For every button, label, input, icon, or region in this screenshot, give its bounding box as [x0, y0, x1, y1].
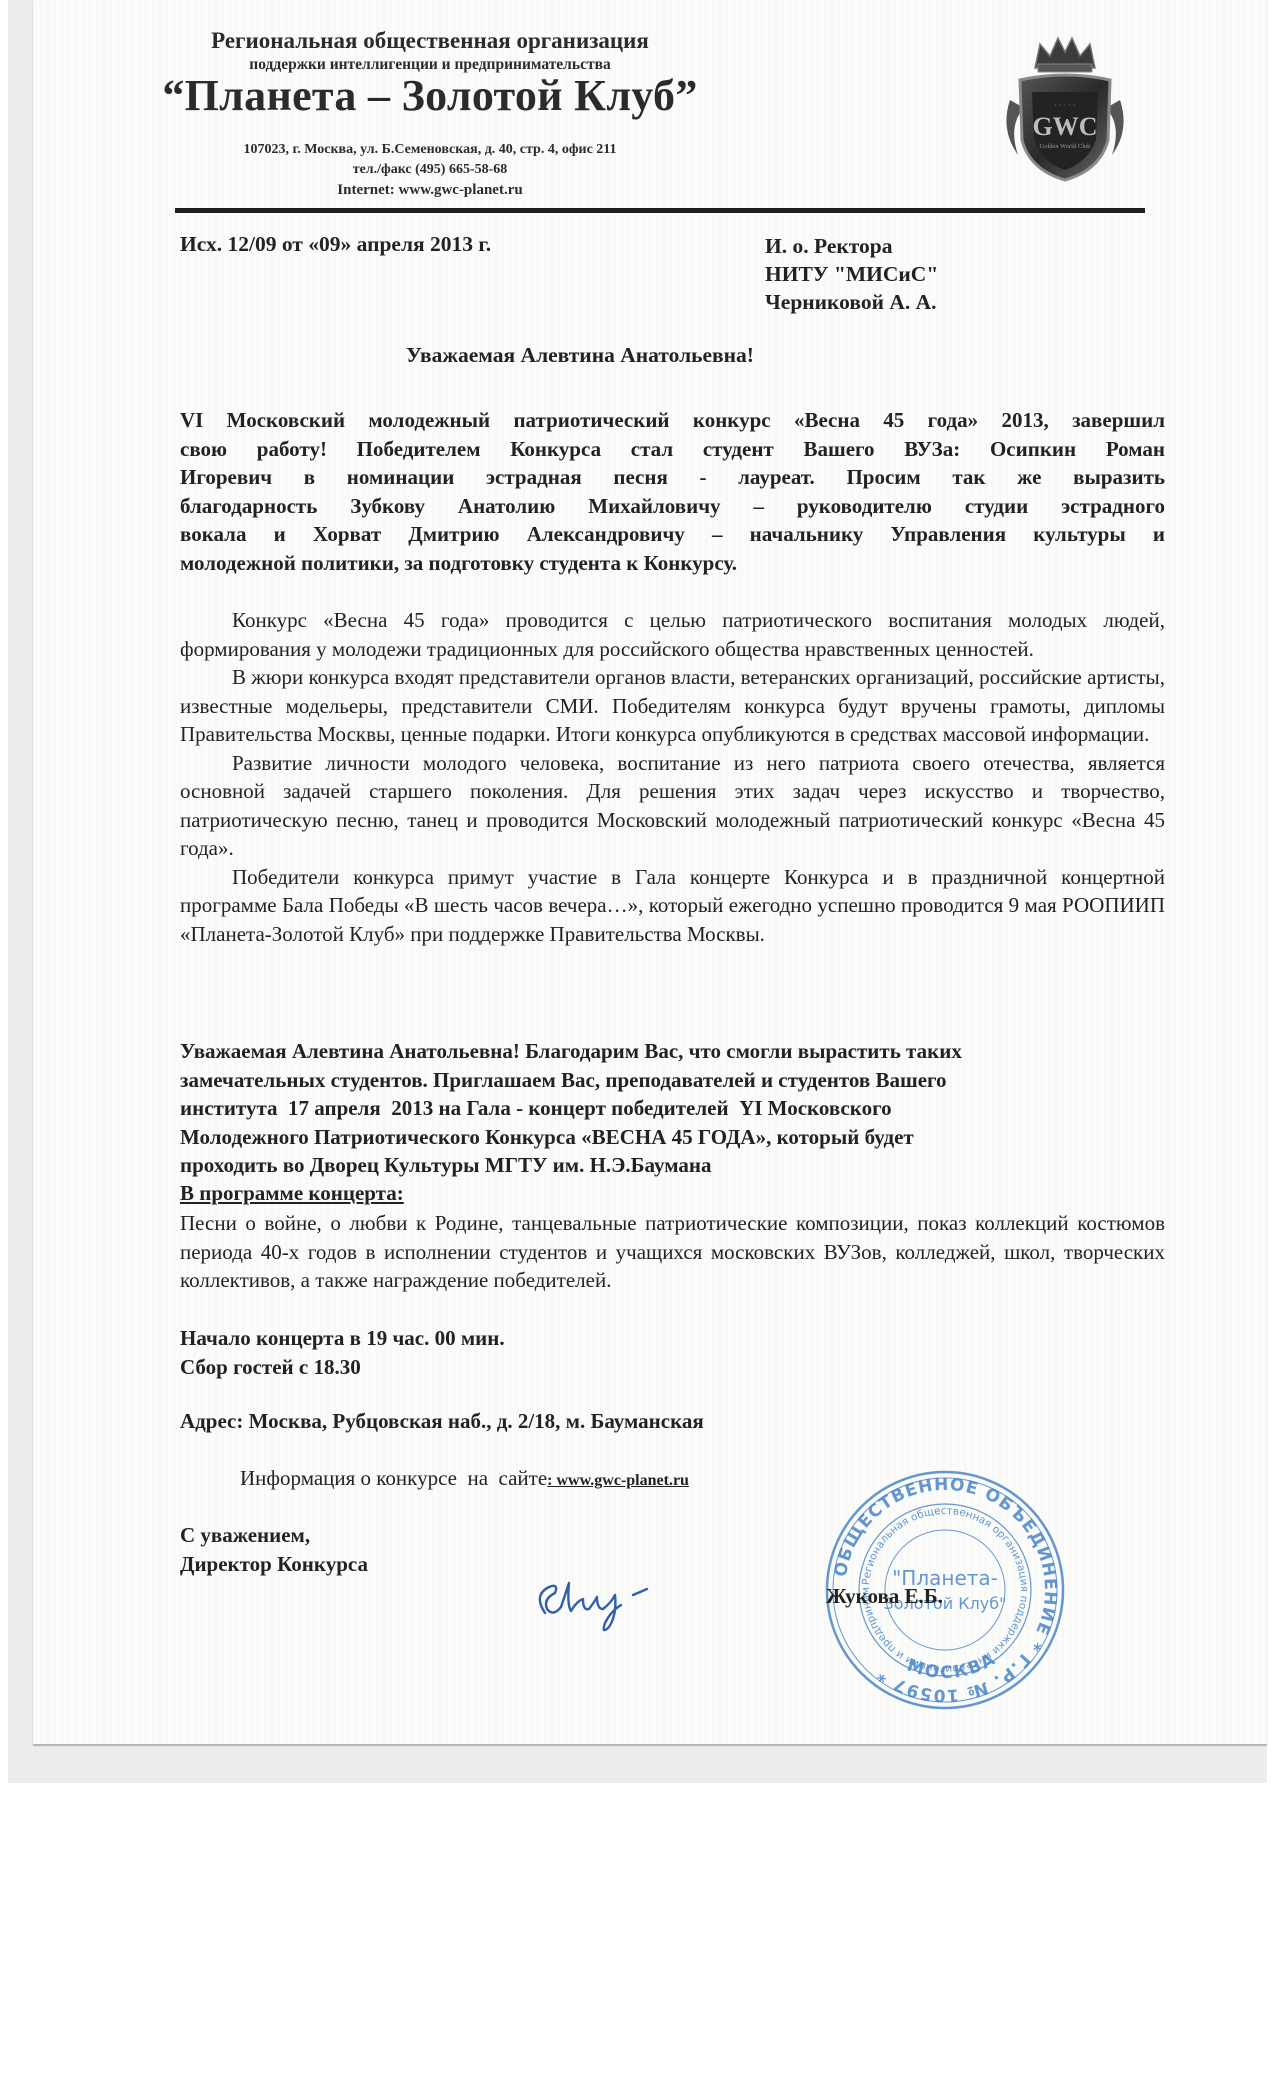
intro-line: VI Московский молодежный патриотический …	[180, 406, 1165, 435]
concert-start: Начало концерта в 19 час. 00 мин.	[180, 1324, 505, 1353]
venue-address: Адрес: Москва, Рубцовская наб., д. 2/18,…	[180, 1409, 704, 1434]
intro-line: свою работу! Победителем Конкурса стал с…	[180, 435, 1165, 464]
paragraph-development: Развитие личности молодого человека, вос…	[180, 749, 1165, 863]
letterhead-divider	[175, 208, 1145, 213]
outgoing-reference: Исх. 12/09 от «09» апреля 2013 г.	[180, 232, 491, 257]
intro-line: вокала и Хорват Дмитрию Александровичу –…	[180, 520, 1165, 549]
closing-title: Директор Конкурса	[180, 1550, 368, 1579]
paragraph-jury: В жюри конкурса входят представители орг…	[180, 663, 1165, 749]
schedule-block: Начало концерта в 19 час. 00 мин. Сбор г…	[180, 1324, 505, 1382]
director-name: Жукова Е.Б.	[826, 1584, 943, 1609]
info-line: Информация о конкурсе на сайте: www.gwc-…	[240, 1466, 689, 1491]
body-paragraphs: Конкурс «Весна 45 года» проводится с цел…	[180, 606, 1165, 948]
org-phone: тел./факс (495) 665-58-68	[150, 162, 710, 178]
invitation-paragraph: Уважаемая Алевтина Анатольевна! Благодар…	[180, 1037, 962, 1180]
invitation-line: Уважаемая Алевтина Анатольевна! Благодар…	[180, 1037, 962, 1066]
recipient-name: Черниковой А. А.	[765, 288, 938, 316]
intro-line: Игоревич в номинации эстрадная песня - л…	[180, 463, 1165, 492]
org-name: “Планета – Золотой Клуб”	[150, 70, 710, 121]
paragraph-winners: Победители конкурса примут участие в Гал…	[180, 863, 1165, 949]
guest-gathering: Сбор гостей с 18.30	[180, 1353, 505, 1382]
svg-text:· · · · ·: · · · · ·	[1054, 101, 1075, 110]
intro-paragraph: VI Московский молодежный патриотический …	[180, 406, 1165, 577]
invitation-line: замечательных студентов. Приглашаем Вас,…	[180, 1066, 962, 1095]
program-text: Песни о войне, о любви к Родине, танцева…	[180, 1209, 1165, 1295]
invitation-line: института 17 апреля 2013 на Гала - конце…	[180, 1094, 962, 1123]
salutation: Уважаемая Алевтина Анатольевна!	[170, 343, 990, 368]
recipient-block: И. о. Ректора НИТУ "МИСиС" Черниковой А.…	[765, 232, 938, 316]
website-link[interactable]: : www.gwc-planet.ru	[547, 1472, 689, 1489]
program-heading: В программе концерта:	[180, 1181, 404, 1206]
intro-line: благодарность Зубкову Анатолию Михайлови…	[180, 492, 1165, 521]
intro-line: молодежной политики, за подготовку студе…	[180, 549, 1165, 578]
invitation-line: проходить во Дворец Культуры МГТУ им. Н.…	[180, 1151, 962, 1180]
signature	[525, 1565, 705, 1640]
closing-regards: С уважением,	[180, 1521, 368, 1550]
org-address: 107023, г. Москва, ул. Б.Семеновская, д.…	[150, 142, 710, 158]
paragraph-goal: Конкурс «Весна 45 года» проводится с цел…	[180, 606, 1165, 663]
org-internet: Internet: www.gwc-planet.ru	[150, 182, 710, 199]
recipient-position: И. о. Ректора	[765, 232, 938, 260]
svg-text:GWC: GWC	[1033, 112, 1098, 141]
svg-text:Golden World Club: Golden World Club	[1040, 143, 1091, 150]
recipient-organization: НИТУ "МИСиС"	[765, 260, 938, 288]
closing-block: С уважением, Директор Конкурса	[180, 1521, 368, 1579]
org-line-1: Региональная общественная организация	[150, 28, 710, 54]
invitation-line: Молодежного Патриотического Конкурса «ВЕ…	[180, 1123, 962, 1152]
crest-crown-icon: GWC Golden World Club · · · · ·	[990, 30, 1140, 190]
info-text: Информация о конкурсе на сайте	[240, 1466, 547, 1490]
